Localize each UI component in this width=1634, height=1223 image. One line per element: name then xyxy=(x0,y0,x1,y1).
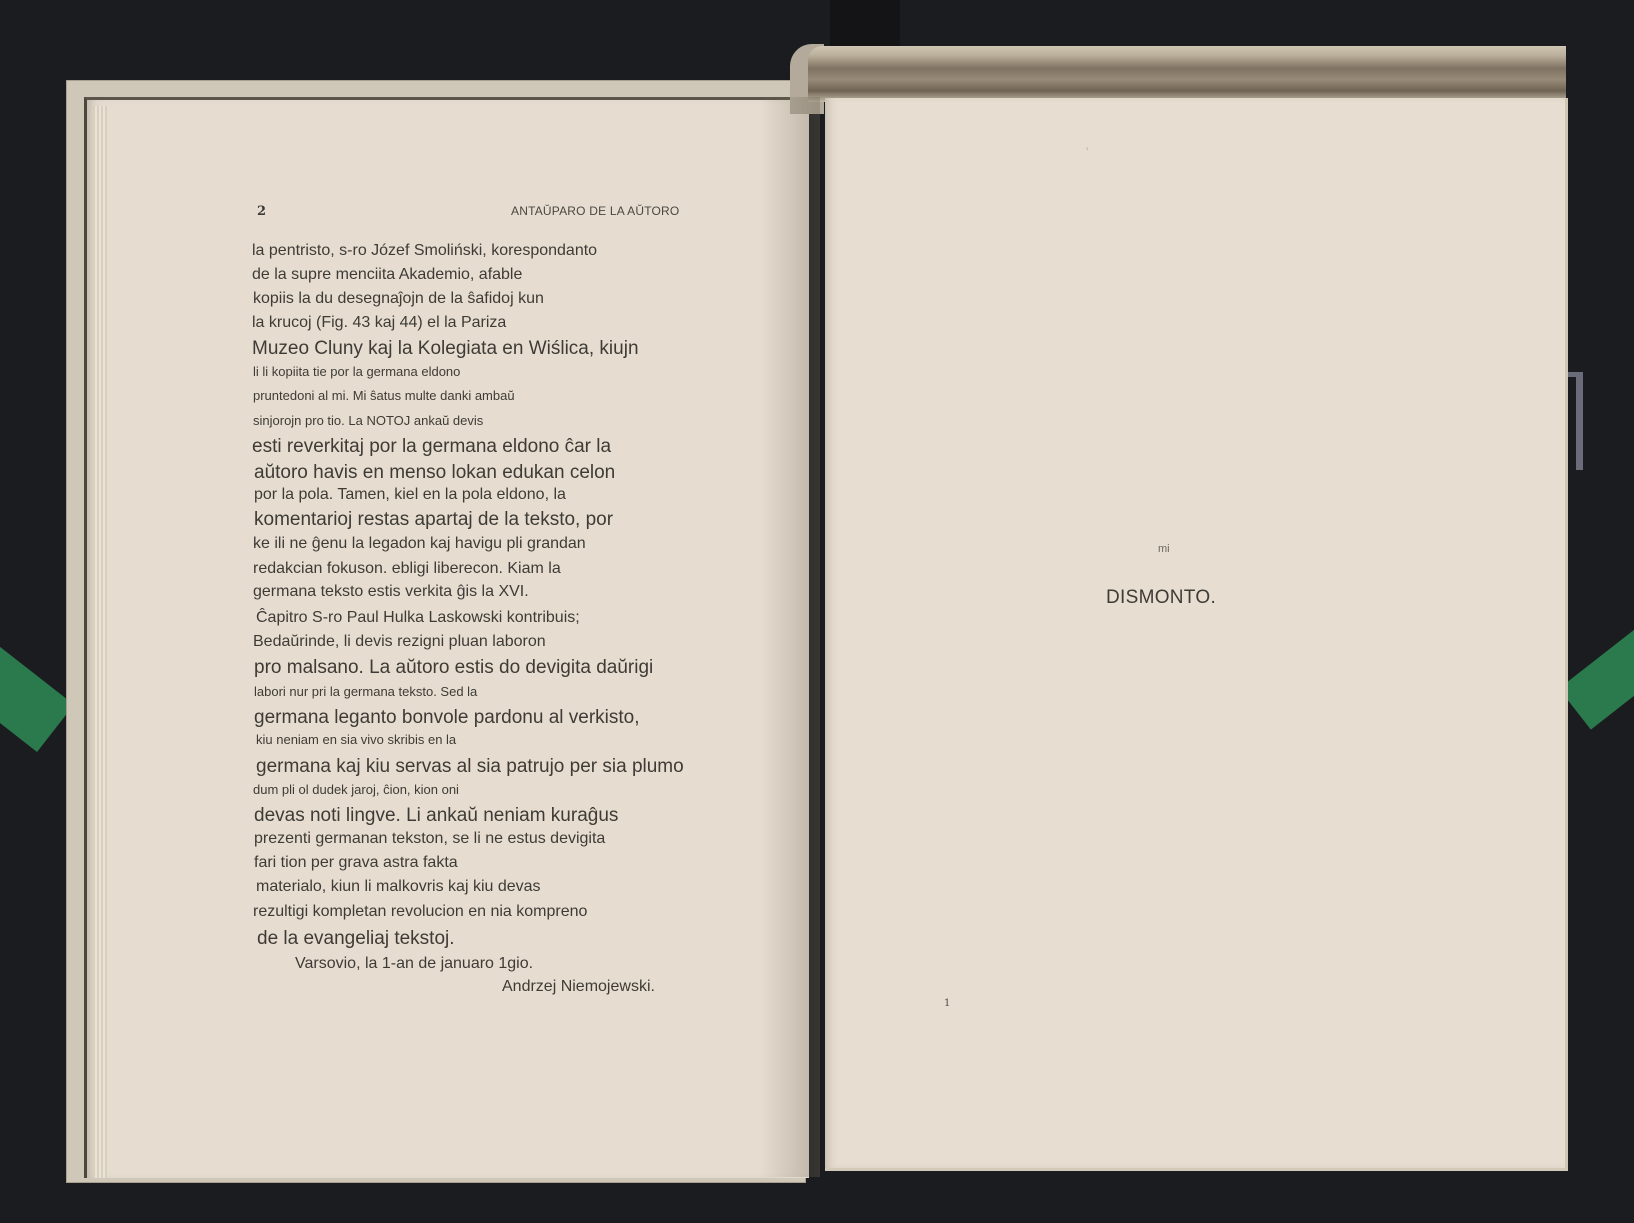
text-line: li li kopiita tie por la germana eldono xyxy=(253,364,460,379)
signature-mark: 1 xyxy=(944,998,950,1009)
text-line: kiu neniam en sia vivo skribis en la xyxy=(256,732,456,747)
dateline: Varsovio, la 1-an de januaro 1gio. xyxy=(295,955,533,973)
text-line: fari tion per grava astra fakta xyxy=(254,854,458,872)
text-line: sinjorojn pro tio. La NOTOJ ankaŭ devis xyxy=(253,413,483,428)
text-line: prezenti germanan tekston, se li ne estu… xyxy=(254,830,605,848)
text-line: pro malsano. La aŭtoro estis do devigita… xyxy=(254,657,653,679)
text-line: por la pola. Tamen, kiel en la pola eldo… xyxy=(254,486,566,504)
text-line: redakcian fokuson. ebligi liberecon. Kia… xyxy=(253,560,561,578)
background-green-stripe-right xyxy=(1559,602,1634,729)
text-line: Muzeo Cluny kaj la Kolegiata en Wiślica,… xyxy=(252,338,639,360)
page-number: 2 xyxy=(257,204,266,219)
section-title: DISMONTO. xyxy=(1106,587,1216,609)
text-line: germana teksto estis verkita ĝis la XVI. xyxy=(253,583,529,601)
text-line: kopiis la du desegnaĵojn de la ŝafidoj k… xyxy=(253,290,544,308)
section-kicker: mi xyxy=(1158,543,1170,555)
page-block-top-edge xyxy=(808,46,1566,102)
text-line: de la supre menciita Akademio, afable xyxy=(252,266,522,284)
text-line: materialo, kiun li malkovris kaj kiu dev… xyxy=(256,878,541,896)
text-line: komentarioj restas apartaj de la teksto,… xyxy=(254,509,613,531)
page-block-edge xyxy=(93,106,107,1178)
running-title: ANTAŬPARO DE LA AŬTORO xyxy=(511,204,679,218)
text-line: aŭtoro havis en menso lokan edukan celon xyxy=(254,462,615,484)
text-line: devas noti lingve. Li ankaŭ neniam kuraĝ… xyxy=(254,805,618,827)
text-line: de la evangeliaj tekstoj. xyxy=(257,928,455,950)
signature: Andrzej Niemojewski. xyxy=(502,978,655,996)
text-line: Bedaŭrinde, li devis rezigni pluan labor… xyxy=(253,633,546,651)
text-line: ke ili ne ĝenu la legadon kaj havigu pli… xyxy=(253,535,586,553)
text-line: dum pli ol dudek jaroj, ĉion, kion oni xyxy=(253,782,459,797)
background-green-stripe-left xyxy=(0,600,74,752)
right-page xyxy=(825,98,1568,1171)
right-page-mark: ' xyxy=(1086,145,1088,159)
text-line: la krucoj (Fig. 43 kaj 44) el la Pariza xyxy=(252,314,506,332)
text-line: Ĉapitro S-ro Paul Hulka Laskowski kontri… xyxy=(256,609,580,627)
text-line: germana leganto bonvole pardonu al verki… xyxy=(254,707,640,729)
gutter-shadow xyxy=(760,97,820,1177)
text-line: esti reverkitaj por la germana eldono ĉa… xyxy=(252,436,611,458)
text-line: la pentristo, s-ro Józef Smoliński, kore… xyxy=(252,242,597,260)
text-line: rezultigi kompletan revolucion en nia ko… xyxy=(253,903,587,921)
text-line: germana kaj kiu servas al sia patrujo pe… xyxy=(256,756,684,778)
text-line: labori nur pri la germana teksto. Sed la xyxy=(254,684,477,699)
text-line: pruntedoni al mi. Mi ŝatus multe danki a… xyxy=(253,388,515,403)
